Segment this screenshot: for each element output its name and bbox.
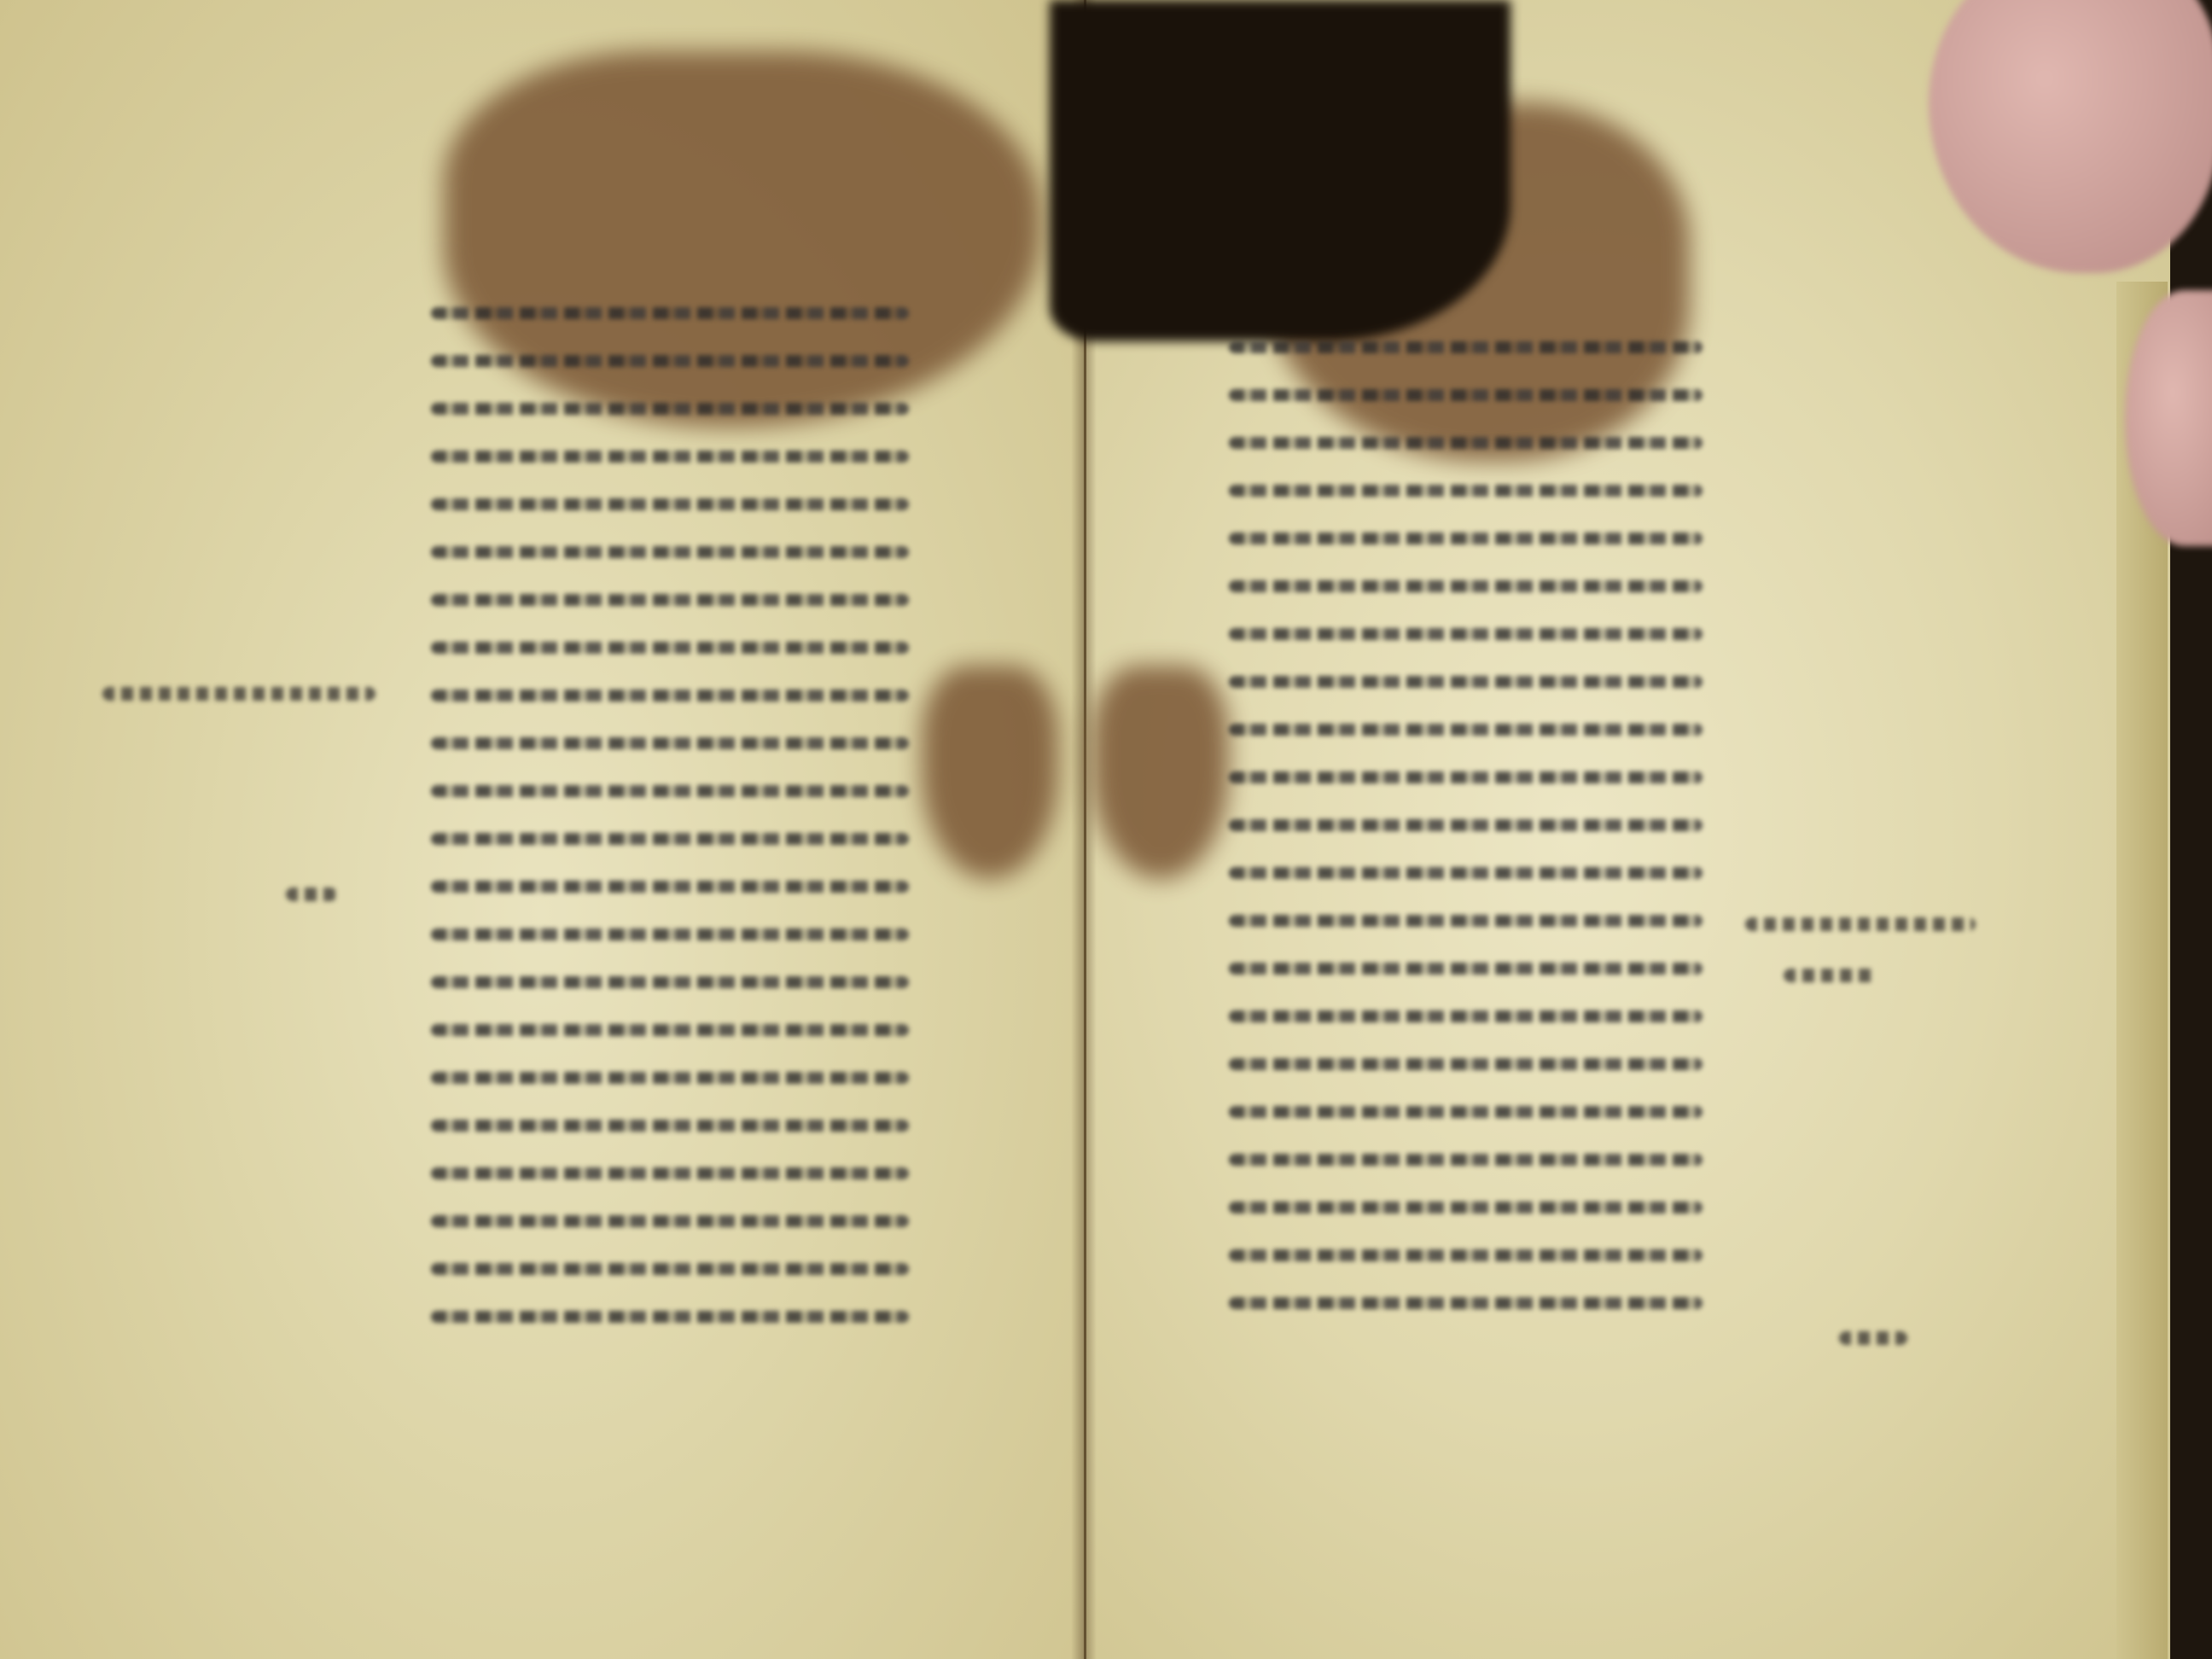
left-margin-note-short: illegible short note (286, 888, 337, 901)
right-page-text: illegible handwritten script (1229, 341, 1703, 1365)
right-margin-note-short: illegible short note (1839, 1331, 1907, 1345)
stain-center-right (1092, 666, 1229, 879)
spine-gap (1050, 0, 1511, 341)
stain-center-left (922, 666, 1058, 879)
right-margin-note: illegible handwritten note (1745, 917, 1976, 931)
right-margin-note-2 (1784, 969, 1877, 982)
manuscript-photo: illegible handwritten script illegible h… (0, 0, 2212, 1659)
left-margin-note: illegible handwritten note (102, 687, 375, 701)
left-page-text: illegible handwritten script (431, 307, 909, 1365)
